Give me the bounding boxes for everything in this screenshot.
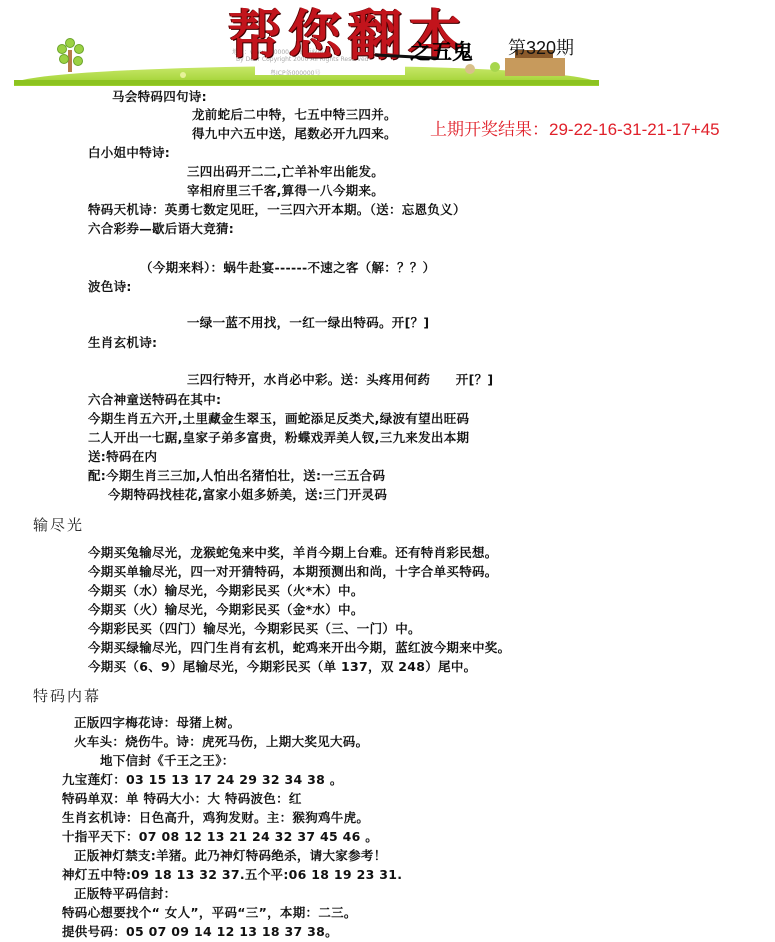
neimu-line-9: 神灯五中特:09 18 13 32 37.五个平:06 18 19 23 31. (62, 865, 402, 884)
xiehouyu-heading: 六合彩券—歇后语大竞猜: (88, 219, 234, 238)
shentong-heading: 六合神童送特码在其中: (88, 390, 221, 409)
house-icon (505, 58, 565, 76)
shujinguang-line-1: 今期买兔输尽光，龙猴蛇兔来中奖，羊肖今期上台难。还有特肖彩民想。 (88, 543, 498, 562)
shujinguang-heading: 输尽光 (33, 514, 84, 535)
shujinguang-line-4: 今期买（火）输尽光，今期彩民买（金*水）中。 (88, 600, 364, 619)
baixiaojie-heading: 白小姐中特诗: (88, 143, 170, 162)
shujinguang-line-3: 今期买（水）输尽光，今期彩民买（火*木）中。 (88, 581, 364, 600)
shengxiao-heading: 生肖玄机诗: (88, 333, 157, 352)
header-banner: 地址：www.000000.com 版权所有 By Dear Copyright… (0, 0, 600, 86)
neimu-line-12: 提供号码：05 07 09 14 12 13 18 37 38。 (62, 922, 338, 941)
banner-subtitle: 之五鬼 (410, 36, 473, 66)
shentong-line-2: 二人开出一七踞,皇家子弟多富贵，粉蝶戏弄美人钗,三九来发出本期 (88, 428, 469, 447)
xiehouyu-line: （今期来料）：蜗牛赴宴------不速之客（解：？？） (140, 258, 435, 277)
shujinguang-line-5: 今期彩民买（四门）输尽光，今期彩民买（三、一门）中。 (88, 619, 421, 638)
bose-heading: 波色诗: (88, 277, 132, 296)
neimu-line-4: 九宝莲灯：03 15 13 17 24 29 32 34 38 。 (62, 770, 343, 789)
baixiaojie-line-2: 宰相府里三千客,算得一八今期来。 (187, 181, 384, 200)
neimu-line-5: 特码单双：单 特码大小：大 特码波色：红 (62, 789, 302, 808)
neimu-line-10: 正版特平码信封： (74, 884, 176, 903)
neimu-line-1: 正版四字梅花诗：母猪上树。 (74, 713, 240, 732)
shentong-line-3: 送:特码在内 (88, 447, 157, 466)
shengxiao-line: 三四行特开，水肖必中彩。送：头疼用何药 开[？] (187, 370, 493, 389)
bush-icon (490, 62, 500, 72)
last-draw-label: 上期开奖结果： (430, 120, 549, 139)
bose-line: 一绿一蓝不用找，一红一绿出特码。开[？] (187, 313, 429, 332)
tianji-line: 特码天机诗：英勇七数定见旺，一三四六开本期。（送：忘恩负义） (88, 200, 466, 219)
neimu-line-8: 正版神灯禁支:羊猪。此乃神灯特码绝杀，请大家参考！ (74, 846, 387, 865)
shentong-line-5: 今期特码找桂花,富家小姐多娇美，送:三门开灵码 (108, 485, 387, 504)
neimu-line-2: 火车头：烧伤牛。诗：虎死马伤，上期大奖见大码。 (74, 732, 368, 751)
issue-number: 第320期 (508, 34, 574, 60)
shujinguang-line-2: 今期买单输尽光，四一对开猜特码，本期预测出和尚，十字合单买特码。 (88, 562, 498, 581)
neimu-line-3: 地下信封《千王之王》： (100, 751, 235, 770)
neimu-line-11: 特码心想要找个“ 女人”，平码“三”，本期：二三。 (62, 903, 357, 922)
baixiaojie-line-1: 三四出码开二二,亡羊补牢出能发。 (187, 162, 384, 181)
mahui-line-2: 得九中六五中送，尾数必开九四来。 (192, 124, 397, 143)
tree-icon (55, 38, 85, 72)
grass-hill-shadow (14, 80, 599, 85)
last-draw-numbers: 29-22-16-31-21-17+45 (549, 120, 720, 139)
shujinguang-line-7: 今期买（6、9）尾输尽光，今期彩民买（单 137，双 248）尾中。 (88, 657, 476, 676)
mahui-heading: 马会特码四句诗: (112, 87, 207, 106)
neimu-line-6: 生肖玄机诗：日色高升，鸡狗发财。主：猴狗鸡牛虎。 (62, 808, 369, 827)
flower-decoration (180, 72, 186, 78)
shentong-line-4: 配:今期生肖三三加,人怕出名猪怕壮，送:一三五合码 (88, 466, 385, 485)
shujinguang-line-6: 今期买绿输尽光，四门生肖有玄机，蛇鸡来开出今期，蓝红波今期来中奖。 (88, 638, 510, 657)
last-draw-result: 上期开奖结果：29-22-16-31-21-17+45 (430, 115, 720, 140)
neimu-line-7: 十指平天下：07 08 12 13 21 24 32 37 45 46 。 (62, 827, 378, 846)
neimu-heading: 特码内幕 (33, 685, 101, 706)
shentong-line-1: 今期生肖五六开,土里藏金生翠玉，画蛇添足反类犬,绿波有望出旺码 (88, 409, 469, 428)
banner-small-text-3: 粤ICP备000000号 (270, 68, 320, 77)
mahui-line-1: 龙前蛇后二中特，七五中特三四并。 (192, 105, 397, 124)
